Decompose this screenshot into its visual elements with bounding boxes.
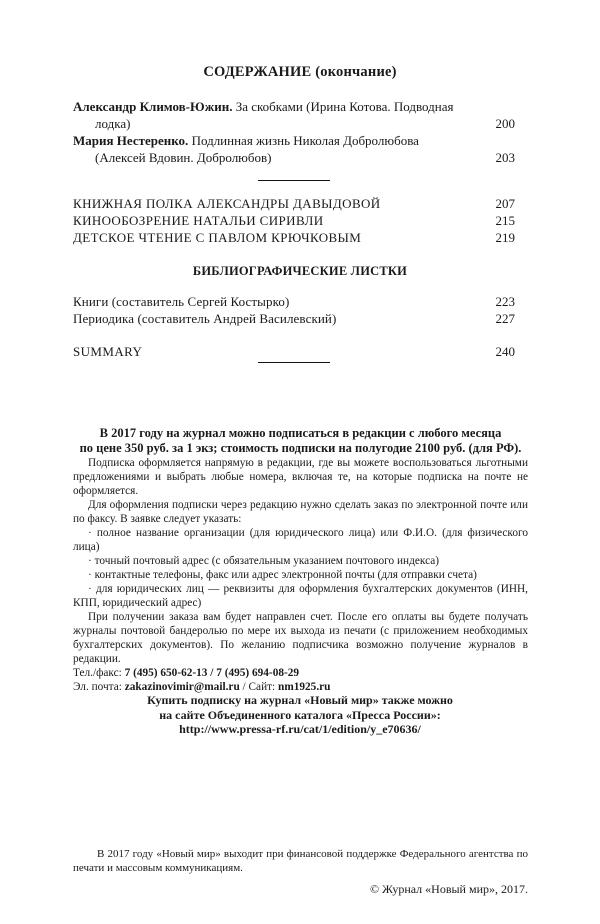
rubric-page: 219: [496, 229, 516, 246]
rubric-title: КИНООБОЗРЕНИЕ НАТАЛЬИ СИРИВЛИ: [73, 213, 324, 228]
rubric-title: ДЕТСКОЕ ЧТЕНИЕ С ПАВЛОМ КРЮЧКОВЫМ: [73, 230, 361, 245]
toc-page: 203: [496, 149, 516, 166]
contact-email: Эл. почта: zakazinovimir@mail.ru / Сайт:…: [73, 680, 528, 694]
bibliography-title: Книги (составитель Сергей Костырко): [73, 294, 289, 309]
rubric-entry: КНИЖНАЯ ПОЛКА АЛЕКСАНДРЫ ДАВЫДОВОЙ 207: [73, 195, 513, 212]
divider: [258, 180, 330, 181]
subscription-block: В 2017 году на журнал можно подписаться …: [73, 426, 528, 694]
buy-online-line: на сайте Объединенного каталога «Пресса …: [0, 708, 600, 723]
rubric-page: 215: [496, 212, 516, 229]
toc-author: Мария Нестеренко.: [73, 133, 188, 148]
bibliography-entry: Периодика (составитель Андрей Василевски…: [73, 310, 513, 327]
bibliography-heading: БИБЛИОГРАФИЧЕСКИЕ ЛИСТКИ: [0, 264, 600, 279]
summary-title: SUMMARY: [73, 344, 142, 359]
subscription-paragraph: Подписка оформляется напрямую в редакции…: [73, 456, 528, 498]
toc-entry: Александр Климов-Южин. За скобками (Ирин…: [73, 98, 513, 132]
toc-entry: Мария Нестеренко. Подлинная жизнь Никола…: [73, 132, 513, 166]
catalog-url-link[interactable]: http://www.pressa-rf.ru/cat/1/edition/y_…: [0, 722, 600, 737]
summary-page: 240: [496, 343, 516, 360]
contact-phone: Тел./факс: 7 (495) 650-62-13 / 7 (495) 6…: [73, 666, 528, 680]
bibliography-page: 227: [496, 310, 516, 327]
page-title: СОДЕРЖАНИЕ (окончание): [0, 64, 600, 81]
subscription-paragraph: При получении заказа вам будет направлен…: [73, 610, 528, 666]
rubric-entry: ДЕТСКОЕ ЧТЕНИЕ С ПАВЛОМ КРЮЧКОВЫМ 219: [73, 229, 513, 246]
phone-value: 7 (495) 650-62-13 / 7 (495) 694-08-29: [125, 667, 299, 679]
subscription-paragraph: Для оформления подписки через редакцию н…: [73, 498, 528, 526]
rubric-title: КНИЖНАЯ ПОЛКА АЛЕКСАНДРЫ ДАВЫДОВОЙ: [73, 196, 381, 211]
buy-online-line: Купить подписку на журнал «Новый мир» та…: [0, 693, 600, 708]
toc-page: 200: [496, 115, 516, 132]
site-link[interactable]: nm1925.ru: [278, 681, 330, 693]
email-label: Эл. почта:: [73, 681, 125, 693]
bibliography-entry: Книги (составитель Сергей Костырко) 223: [73, 293, 513, 310]
subscription-headline: В 2017 году на журнал можно подписаться …: [73, 426, 528, 441]
divider: [258, 362, 330, 363]
email-link[interactable]: zakazinovimir@mail.ru: [125, 681, 240, 693]
summary-entry: SUMMARY 240: [73, 343, 513, 360]
subscription-headline: по цене 350 руб. за 1 экз; стоимость под…: [73, 441, 528, 456]
phone-label: Тел./факс:: [73, 667, 125, 679]
subscription-bullet: · точный почтовый адрес (с обязательным …: [73, 554, 528, 568]
bibliography-page: 223: [496, 293, 516, 310]
site-label: / Сайт:: [240, 681, 278, 693]
support-note: В 2017 году «Новый мир» выходит при фина…: [73, 848, 528, 875]
rubric-entry: КИНООБОЗРЕНИЕ НАТАЛЬИ СИРИВЛИ 215: [73, 212, 513, 229]
bibliography-title: Периодика (составитель Андрей Василевски…: [73, 311, 336, 326]
copyright: © Журнал «Новый мир», 2017.: [370, 882, 528, 897]
toc-author: Александр Климов-Южин.: [73, 99, 232, 114]
rubric-page: 207: [496, 195, 516, 212]
subscription-bullet: · для юридических лиц — реквизиты для оф…: [73, 582, 528, 610]
subscription-bullet: · полное название организации (для юриди…: [73, 526, 528, 554]
buy-online-block: Купить подписку на журнал «Новый мир» та…: [0, 693, 600, 737]
subscription-bullet: · контактные телефоны, факс или адрес эл…: [73, 568, 528, 582]
